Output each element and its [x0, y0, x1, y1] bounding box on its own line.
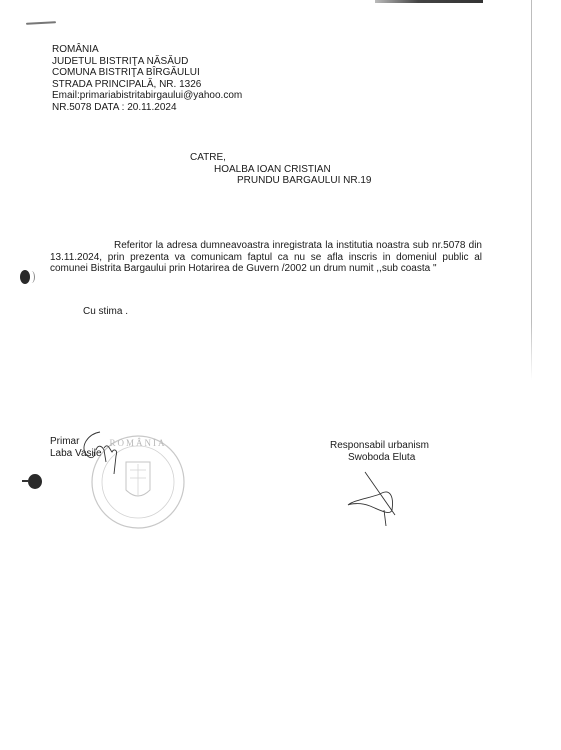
header-street: STRADA PRINCIPALĂ, NR. 1326: [52, 79, 242, 91]
header-country: ROMÂNIA: [52, 44, 242, 56]
recipient-name: HOALBA IOAN CRISTIAN: [190, 164, 371, 176]
scan-edge-line: [531, 0, 532, 380]
recipient-salutation: CATRE,: [190, 152, 371, 164]
mayor-signature: [78, 428, 138, 488]
closing-text: Cu stima .: [83, 306, 128, 317]
scan-edge-bar: [375, 0, 483, 3]
punch-hole-mark: [28, 474, 42, 489]
header-county: JUDETUL BISTRIŢA NĂSĂUD: [52, 56, 242, 68]
urbanism-signature: [340, 470, 410, 530]
punch-hole-ring: [28, 271, 35, 283]
urbanism-signature-block: Responsabil urbanism Swoboda Eluta: [330, 440, 429, 463]
header-reference: NR.5078 DATA : 20.11.2024: [52, 102, 242, 114]
urbanism-title: Responsabil urbanism: [330, 440, 429, 452]
header-commune: COMUNA BISTRIŢA BÎRGĂULUI: [52, 67, 242, 79]
letter-body: Referitor la adresa dumneavoastra inregi…: [50, 240, 482, 275]
institution-header: ROMÂNIA JUDETUL BISTRIŢA NĂSĂUD COMUNA B…: [52, 44, 242, 114]
scan-mark: [26, 21, 56, 25]
recipient-block: CATRE, HOALBA IOAN CRISTIAN PRUNDU BARGA…: [190, 152, 371, 187]
recipient-address: PRUNDU BARGAULUI NR.19: [190, 175, 371, 187]
urbanism-name: Swoboda Eluta: [330, 452, 429, 464]
header-email: Email:primariabistritabirgaului@yahoo.co…: [52, 90, 242, 102]
